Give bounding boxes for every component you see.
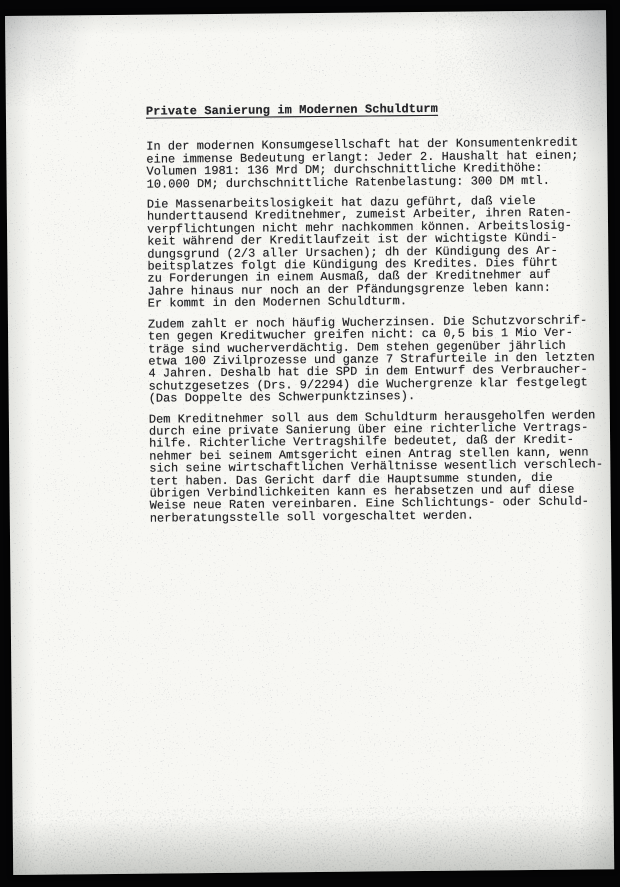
document-title: Private Sanierung im Modernen Schuldturm — [146, 101, 616, 118]
document-content: Private Sanierung im Modernen Schuldturm… — [146, 101, 620, 533]
paragraph-unemployment: Die Massenarbeitslosigkeit hat dazu gefü… — [147, 194, 618, 310]
paragraph-intro: In der modernen Konsumgesellschaft hat d… — [146, 137, 616, 191]
paragraph-usury: Zudem zahlt er noch häufig Wucherzinsen.… — [148, 314, 619, 405]
scan-frame: Private Sanierung im Modernen Schuldturm… — [0, 0, 620, 887]
paragraph-court-help: Dem Kreditnehmer soll aus dem Schuldturm… — [149, 409, 620, 525]
document-page: Private Sanierung im Modernen Schuldturm… — [5, 10, 614, 875]
